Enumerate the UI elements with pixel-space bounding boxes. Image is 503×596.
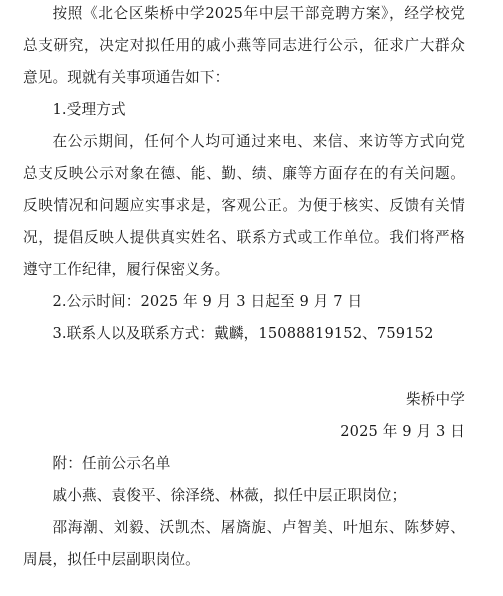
section-3-contact: 3.联系人以及联系方式：戴麟，15088819152、759152 [23,318,465,350]
signature-organization: 柴桥中学 [23,384,465,416]
blank-line [23,350,465,384]
attachment-principal-list: 戚小燕、袁俊平、徐泽绕、林薇，拟任中层正职岗位； [23,480,465,512]
document-page: 按照《北仑区柴桥中学2025年中层干部竞聘方案》，经学校党总支研究，决定对拟任用… [23,0,465,576]
section-1-heading: 1.受理方式 [23,94,465,126]
section-2-publicity-period: 2.公示时间：2025 年 9 月 3 日起至 9 月 7 日 [23,286,465,318]
attachment-deputy-list: 邵海潮、刘毅、沃凯杰、屠旖旎、卢智美、叶旭东、陈梦婷、周晨，拟任中层副职岗位。 [23,512,465,576]
intro-paragraph: 按照《北仑区柴桥中学2025年中层干部竞聘方案》，经学校党总支研究，决定对拟任用… [23,0,465,94]
attachment-title: 附：任前公示名单 [23,448,465,480]
signature-date: 2025 年 9 月 3 日 [23,416,465,448]
section-1-body: 在公示期间，任何个人均可通过来电、来信、来访等方式向党总支反映公示对象在德、能、… [23,126,465,286]
